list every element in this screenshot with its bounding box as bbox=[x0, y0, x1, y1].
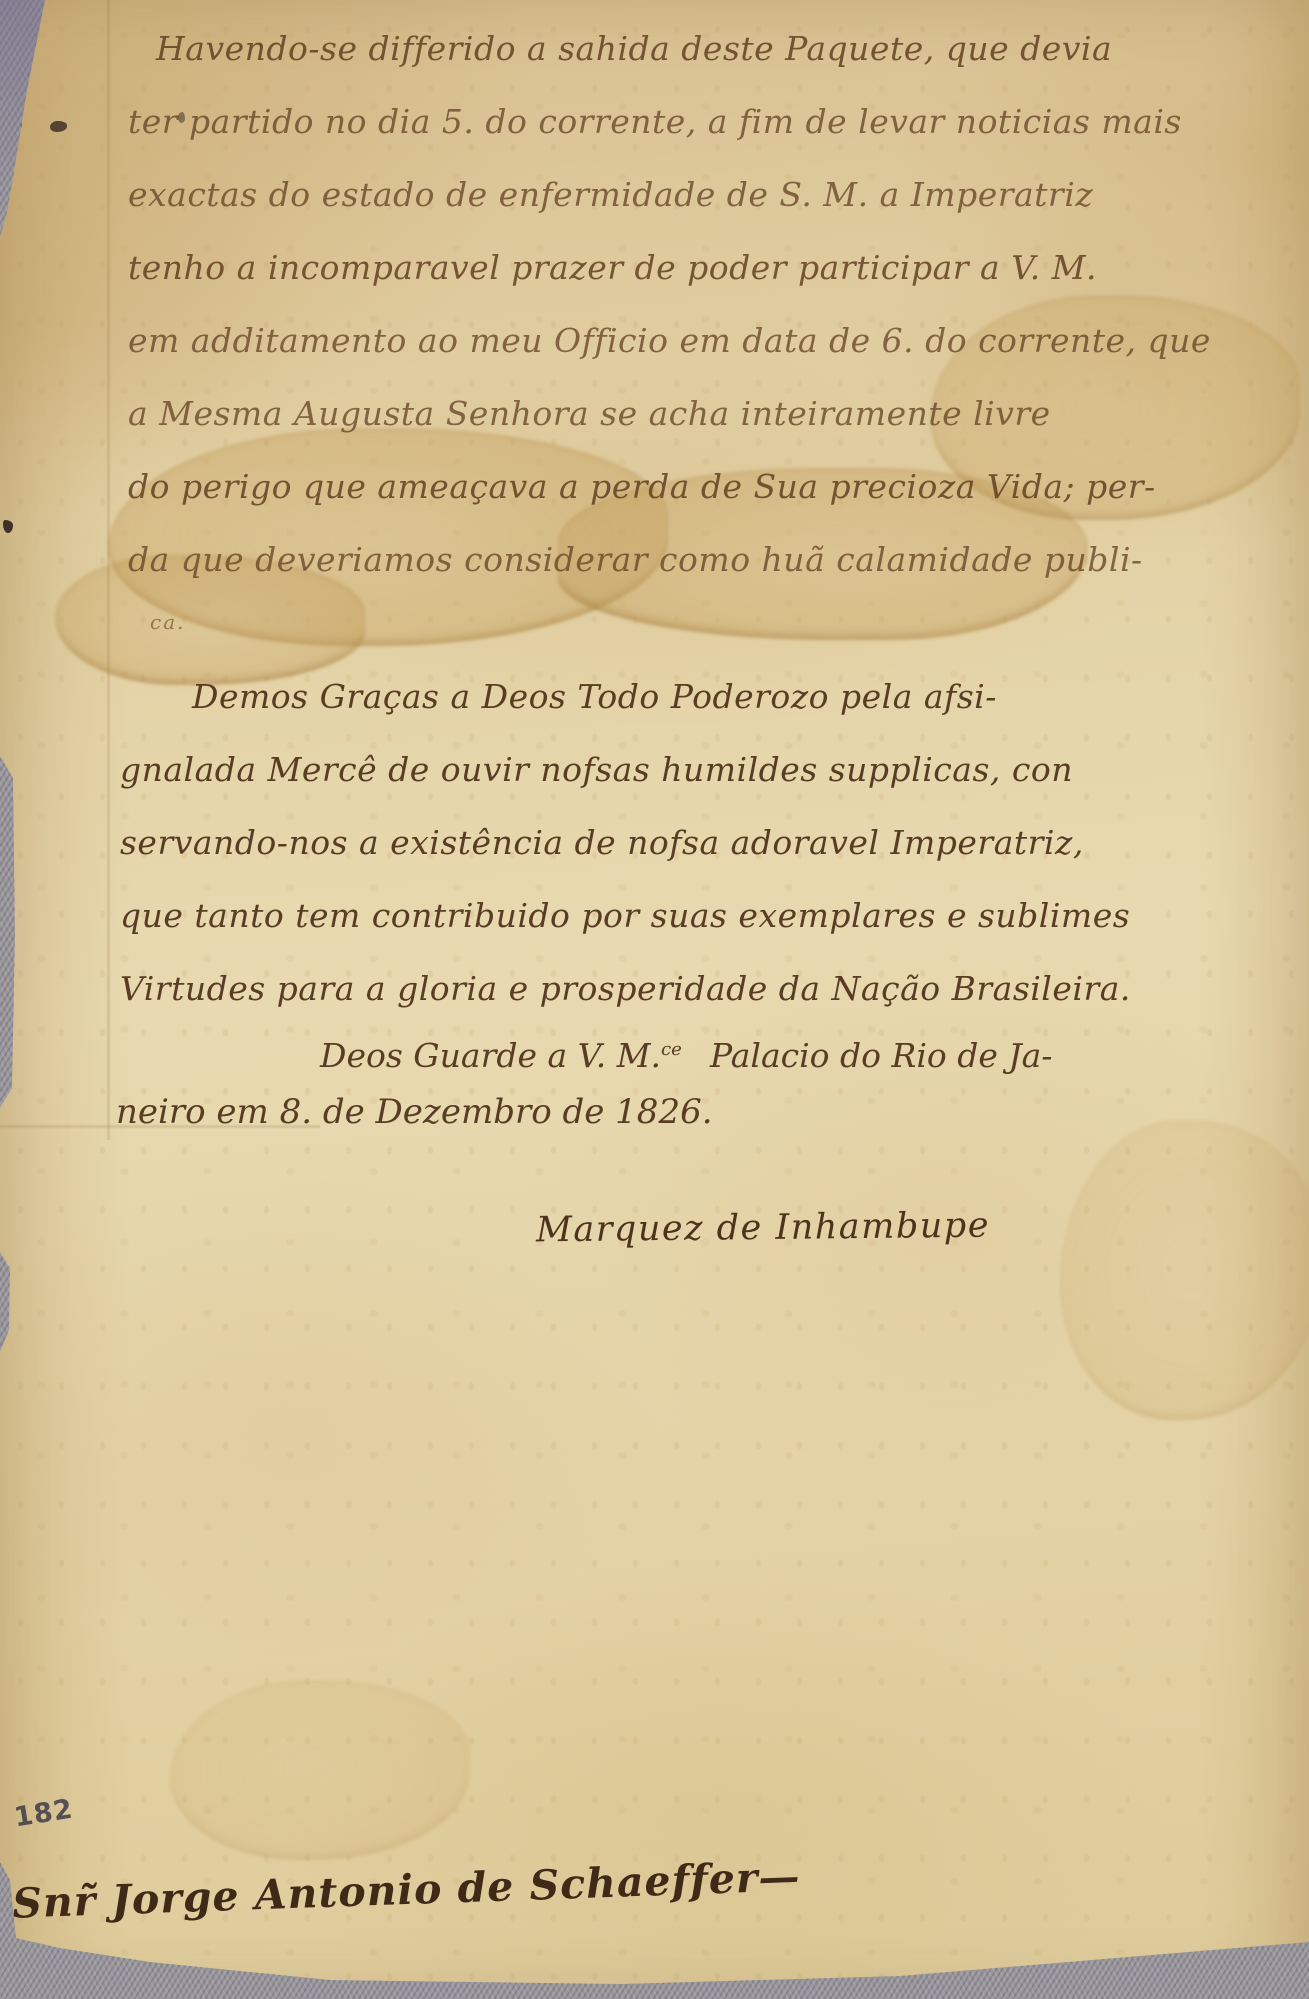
letter-line: a Mesma Augusta Senhora se acha inteiram… bbox=[128, 377, 1211, 450]
ink-blot bbox=[3, 520, 13, 533]
closing-line: Deos Guarde a V. M.ce Palacio do Rio de … bbox=[120, 1022, 1309, 1095]
water-stain bbox=[1060, 1120, 1309, 1420]
folio-number: 182 bbox=[12, 1794, 75, 1834]
letter-line: tenho a incomparavel prazer de poder par… bbox=[128, 231, 1211, 304]
letter-line: da que deveriamos considerar como huã ca… bbox=[128, 523, 1211, 596]
paragraph-1: Havendo-se differido a sahida deste Paqu… bbox=[128, 12, 1211, 596]
letter-line: exactas do estado de enfermidade de S. M… bbox=[128, 158, 1211, 231]
ink-blot bbox=[50, 121, 67, 132]
letter-line: que tanto tem contribuido por suas exemp… bbox=[120, 879, 1131, 952]
valediction-superscript: ce bbox=[661, 1039, 682, 1060]
letter-line: do perigo que ameaçava a perda de Sua pr… bbox=[128, 450, 1211, 523]
letter-line: Havendo-se differido a sahida deste Paqu… bbox=[128, 12, 1211, 85]
hyphenated-word-continuation: ca. bbox=[150, 610, 185, 634]
letter-line: Demos Graças a Deos Todo Poderozo pela a… bbox=[120, 660, 1131, 733]
letter-line: Virtudes para a gloria e prosperidade da… bbox=[120, 952, 1131, 1025]
paragraph-2: Demos Graças a Deos Todo Poderozo pela a… bbox=[120, 660, 1131, 1025]
place-line: Palacio do Rio de Ja- bbox=[710, 1036, 1052, 1075]
valediction-text: Deos Guarde a V. M. bbox=[320, 1036, 661, 1075]
letter-line: servando-nos a existência de nofsa adora… bbox=[120, 806, 1131, 879]
manuscript-page: Havendo-se differido a sahida deste Paqu… bbox=[0, 0, 1309, 1999]
letter-line: gnalada Mercê de ouvir nofsas humildes s… bbox=[120, 733, 1131, 806]
ink-blot bbox=[11, 119, 23, 131]
date-line: neiro em 8. de Dezembro de 1826. bbox=[116, 1092, 713, 1132]
signature: Marquez de Inhambupe bbox=[536, 1206, 990, 1251]
letter-line: ter partido no dia 5. do corrente, a fim… bbox=[128, 85, 1211, 158]
vertical-crease bbox=[106, 0, 111, 1140]
valediction: Deos Guarde a V. M.ce bbox=[320, 1036, 682, 1075]
water-stain bbox=[170, 1680, 470, 1860]
letter-line: em additamento ao meu Officio em data de… bbox=[128, 304, 1211, 377]
addressee-line: Snr̃ Jorge Antonio de Schaeffer— bbox=[11, 1852, 801, 1927]
